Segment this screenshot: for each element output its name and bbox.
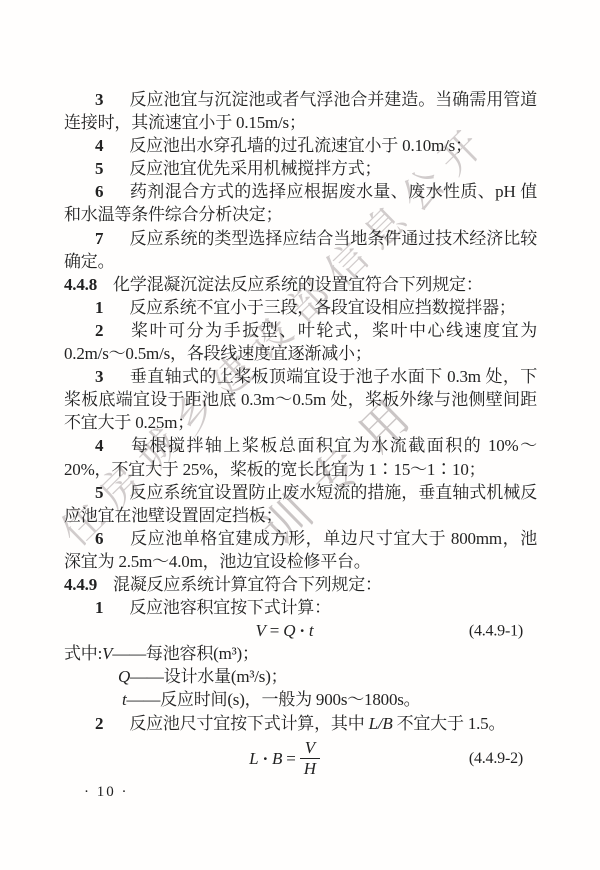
item-number: 2	[95, 321, 103, 340]
item-number: 4	[95, 136, 103, 155]
dot-operator: ·	[262, 749, 267, 768]
formula-expression: V = Q · t	[256, 619, 314, 642]
clause-item-449-2: 2反应池尺寸宜按下式计算，其中 L/B 不宜大于 1.5。	[64, 712, 537, 735]
section-number: 4.4.8	[64, 275, 97, 294]
item-number: 3	[95, 367, 103, 386]
formula-4-4-9-1: V = Q · t (4.4.9-1)	[64, 619, 537, 642]
clause-item-b1: 1反应系统不宜小于三段，各段宜设相应挡数搅拌器；	[64, 296, 537, 319]
section-text: 化学混凝沉淀法反应系统的设置宜符合下列规定：	[113, 275, 483, 294]
clause-item-b2: 2桨叶可分为手扳型、叶轮式，桨叶中心线速度宜为 0.2m/s～0.5m/s，各段…	[64, 319, 537, 365]
document-page: 住房城乡建设部信息公开 训专用 3反应池宜与沉淀池或者气浮池合并建造。当确需用管…	[0, 0, 600, 870]
item-text: 反应系统宜设置防止废水短流的措施，垂直轴式机械反应池宜在池壁设置固定挡板；	[64, 483, 537, 525]
where-line-V: 式中:V——每池容积(m³)；	[64, 642, 537, 665]
clause-item-4: 4反应池出水穿孔墙的过孔流速宜小于 0.10m/s；	[64, 134, 537, 157]
item-number: 1	[95, 598, 103, 617]
where-line-t: t——反应时间(s)，一般为 900s～1800s。	[64, 688, 537, 711]
item-text-before: 反应池尺寸宜按下式计算，其中	[129, 714, 368, 733]
item-number: 4	[95, 436, 103, 455]
item-text: 反应系统不宜小于三段，各段宜设相应挡数搅拌器；	[129, 298, 515, 317]
section-text: 混凝反应系统计算宜符合下列规定：	[113, 575, 382, 594]
clause-item-b4: 4每根搅拌轴上桨板总面积宜为水流截面积的 10%～20%，不宜大于 25%，桨板…	[64, 434, 537, 480]
definition-text: 设计水量(m³/s)；	[164, 667, 288, 686]
dash: ——	[112, 644, 146, 663]
clause-item-5: 5反应池宜优先采用机械搅拌方式；	[64, 157, 537, 180]
dash: ——	[127, 690, 161, 709]
var-t: t	[309, 621, 314, 640]
fraction-denominator: H	[300, 759, 320, 778]
item-text: 反应池出水穿孔墙的过孔流速宜小于 0.10m/s；	[129, 136, 472, 155]
text-block: 3反应池宜与沉淀池或者气浮池合并建造。当确需用管道连接时，其流速宜小于 0.15…	[64, 88, 537, 781]
where-line-Q: Q——设计水量(m³/s)；	[64, 665, 537, 688]
item-text: 反应池容积宜按下式计算：	[129, 598, 331, 617]
item-text: 反应池单格宜建成方形，单边尺寸宜大于 800mm，池深宜为 2.5m～4.0m，…	[64, 529, 537, 571]
symbol-Q: Q	[118, 667, 130, 686]
item-number: 6	[95, 182, 103, 201]
item-number: 3	[95, 90, 103, 109]
item-text-after: 不宜大于 1.5。	[393, 714, 506, 733]
clause-item-3: 3反应池宜与沉淀池或者气浮池合并建造。当确需用管道连接时，其流速宜小于 0.15…	[64, 88, 537, 134]
section-number: 4.4.9	[64, 575, 97, 594]
item-text: 药剂混合方式的选择应根据废水量、废水性质、pH 值和水温等条件综合分析决定；	[64, 182, 537, 224]
clause-item-6: 6药剂混合方式的选择应根据废水量、废水性质、pH 值和水温等条件综合分析决定；	[64, 180, 537, 226]
item-number: 5	[95, 483, 103, 502]
section-4-4-9: 4.4.9混凝反应系统计算宜符合下列规定：	[64, 573, 537, 596]
fraction: VH	[300, 739, 320, 778]
dot-operator: ·	[299, 621, 304, 640]
definition-text: 反应时间(s)，一般为 900s～1800s。	[160, 690, 420, 709]
clause-item-449-1: 1反应池容积宜按下式计算：	[64, 596, 537, 619]
item-text: 垂直轴式的上桨板顶端宜设于池子水面下 0.3m 处，下桨板底端宜设于距池底 0.…	[64, 367, 537, 432]
item-text: 反应系统的类型选择应结合当地条件通过技术经济比较确定。	[64, 229, 537, 271]
item-text: 桨叶可分为手扳型、叶轮式，桨叶中心线速度宜为 0.2m/s～0.5m/s，各段线…	[64, 321, 537, 363]
symbol-V: V	[102, 644, 112, 663]
formula-expression: L · B = VH	[249, 737, 320, 781]
clause-item-b3: 3垂直轴式的上桨板顶端宜设于池子水面下 0.3m 处，下桨板底端宜设于距池底 0…	[64, 365, 537, 434]
where-prefix: 式中:	[64, 644, 102, 663]
item-number: 2	[95, 714, 103, 733]
item-number: 7	[95, 229, 103, 248]
clause-item-7: 7反应系统的类型选择应结合当地条件通过技术经济比较确定。	[64, 227, 537, 273]
fraction-numerator: V	[300, 739, 320, 759]
definition-text: 每池容积(m³)；	[146, 644, 259, 663]
item-text: 反应池宜与沉淀池或者气浮池合并建造。当确需用管道连接时，其流速宜小于 0.15m…	[64, 90, 537, 132]
item-text: 每根搅拌轴上桨板总面积宜为水流截面积的 10%～20%，不宜大于 25%，桨板的…	[64, 436, 537, 478]
var-Q: Q	[283, 621, 295, 640]
equals-sign: =	[270, 621, 279, 640]
equals-sign: =	[286, 749, 295, 768]
clause-item-b6: 6反应池单格宜建成方形，单边尺寸宜大于 800mm，池深宜为 2.5m～4.0m…	[64, 527, 537, 573]
page-number: · 10 ·	[84, 784, 129, 801]
formula-4-4-9-2: L · B = VH (4.4.9-2)	[64, 737, 537, 781]
var-B: B	[272, 749, 282, 768]
dash: ——	[130, 667, 164, 686]
equation-number: (4.4.9-1)	[469, 619, 523, 642]
section-4-4-8: 4.4.8化学混凝沉淀法反应系统的设置宜符合下列规定：	[64, 273, 537, 296]
clause-item-b5: 5反应系统宜设置防止废水短流的措施，垂直轴式机械反应池宜在池壁设置固定挡板；	[64, 481, 537, 527]
equation-number: (4.4.9-2)	[469, 737, 523, 781]
item-number: 1	[95, 298, 103, 317]
item-text: 反应池宜优先采用机械搅拌方式；	[129, 159, 381, 178]
var-L: L	[249, 749, 258, 768]
item-number: 5	[95, 159, 103, 178]
var-V: V	[256, 621, 266, 640]
var-LB: L/B	[369, 714, 393, 733]
item-number: 6	[95, 529, 103, 548]
